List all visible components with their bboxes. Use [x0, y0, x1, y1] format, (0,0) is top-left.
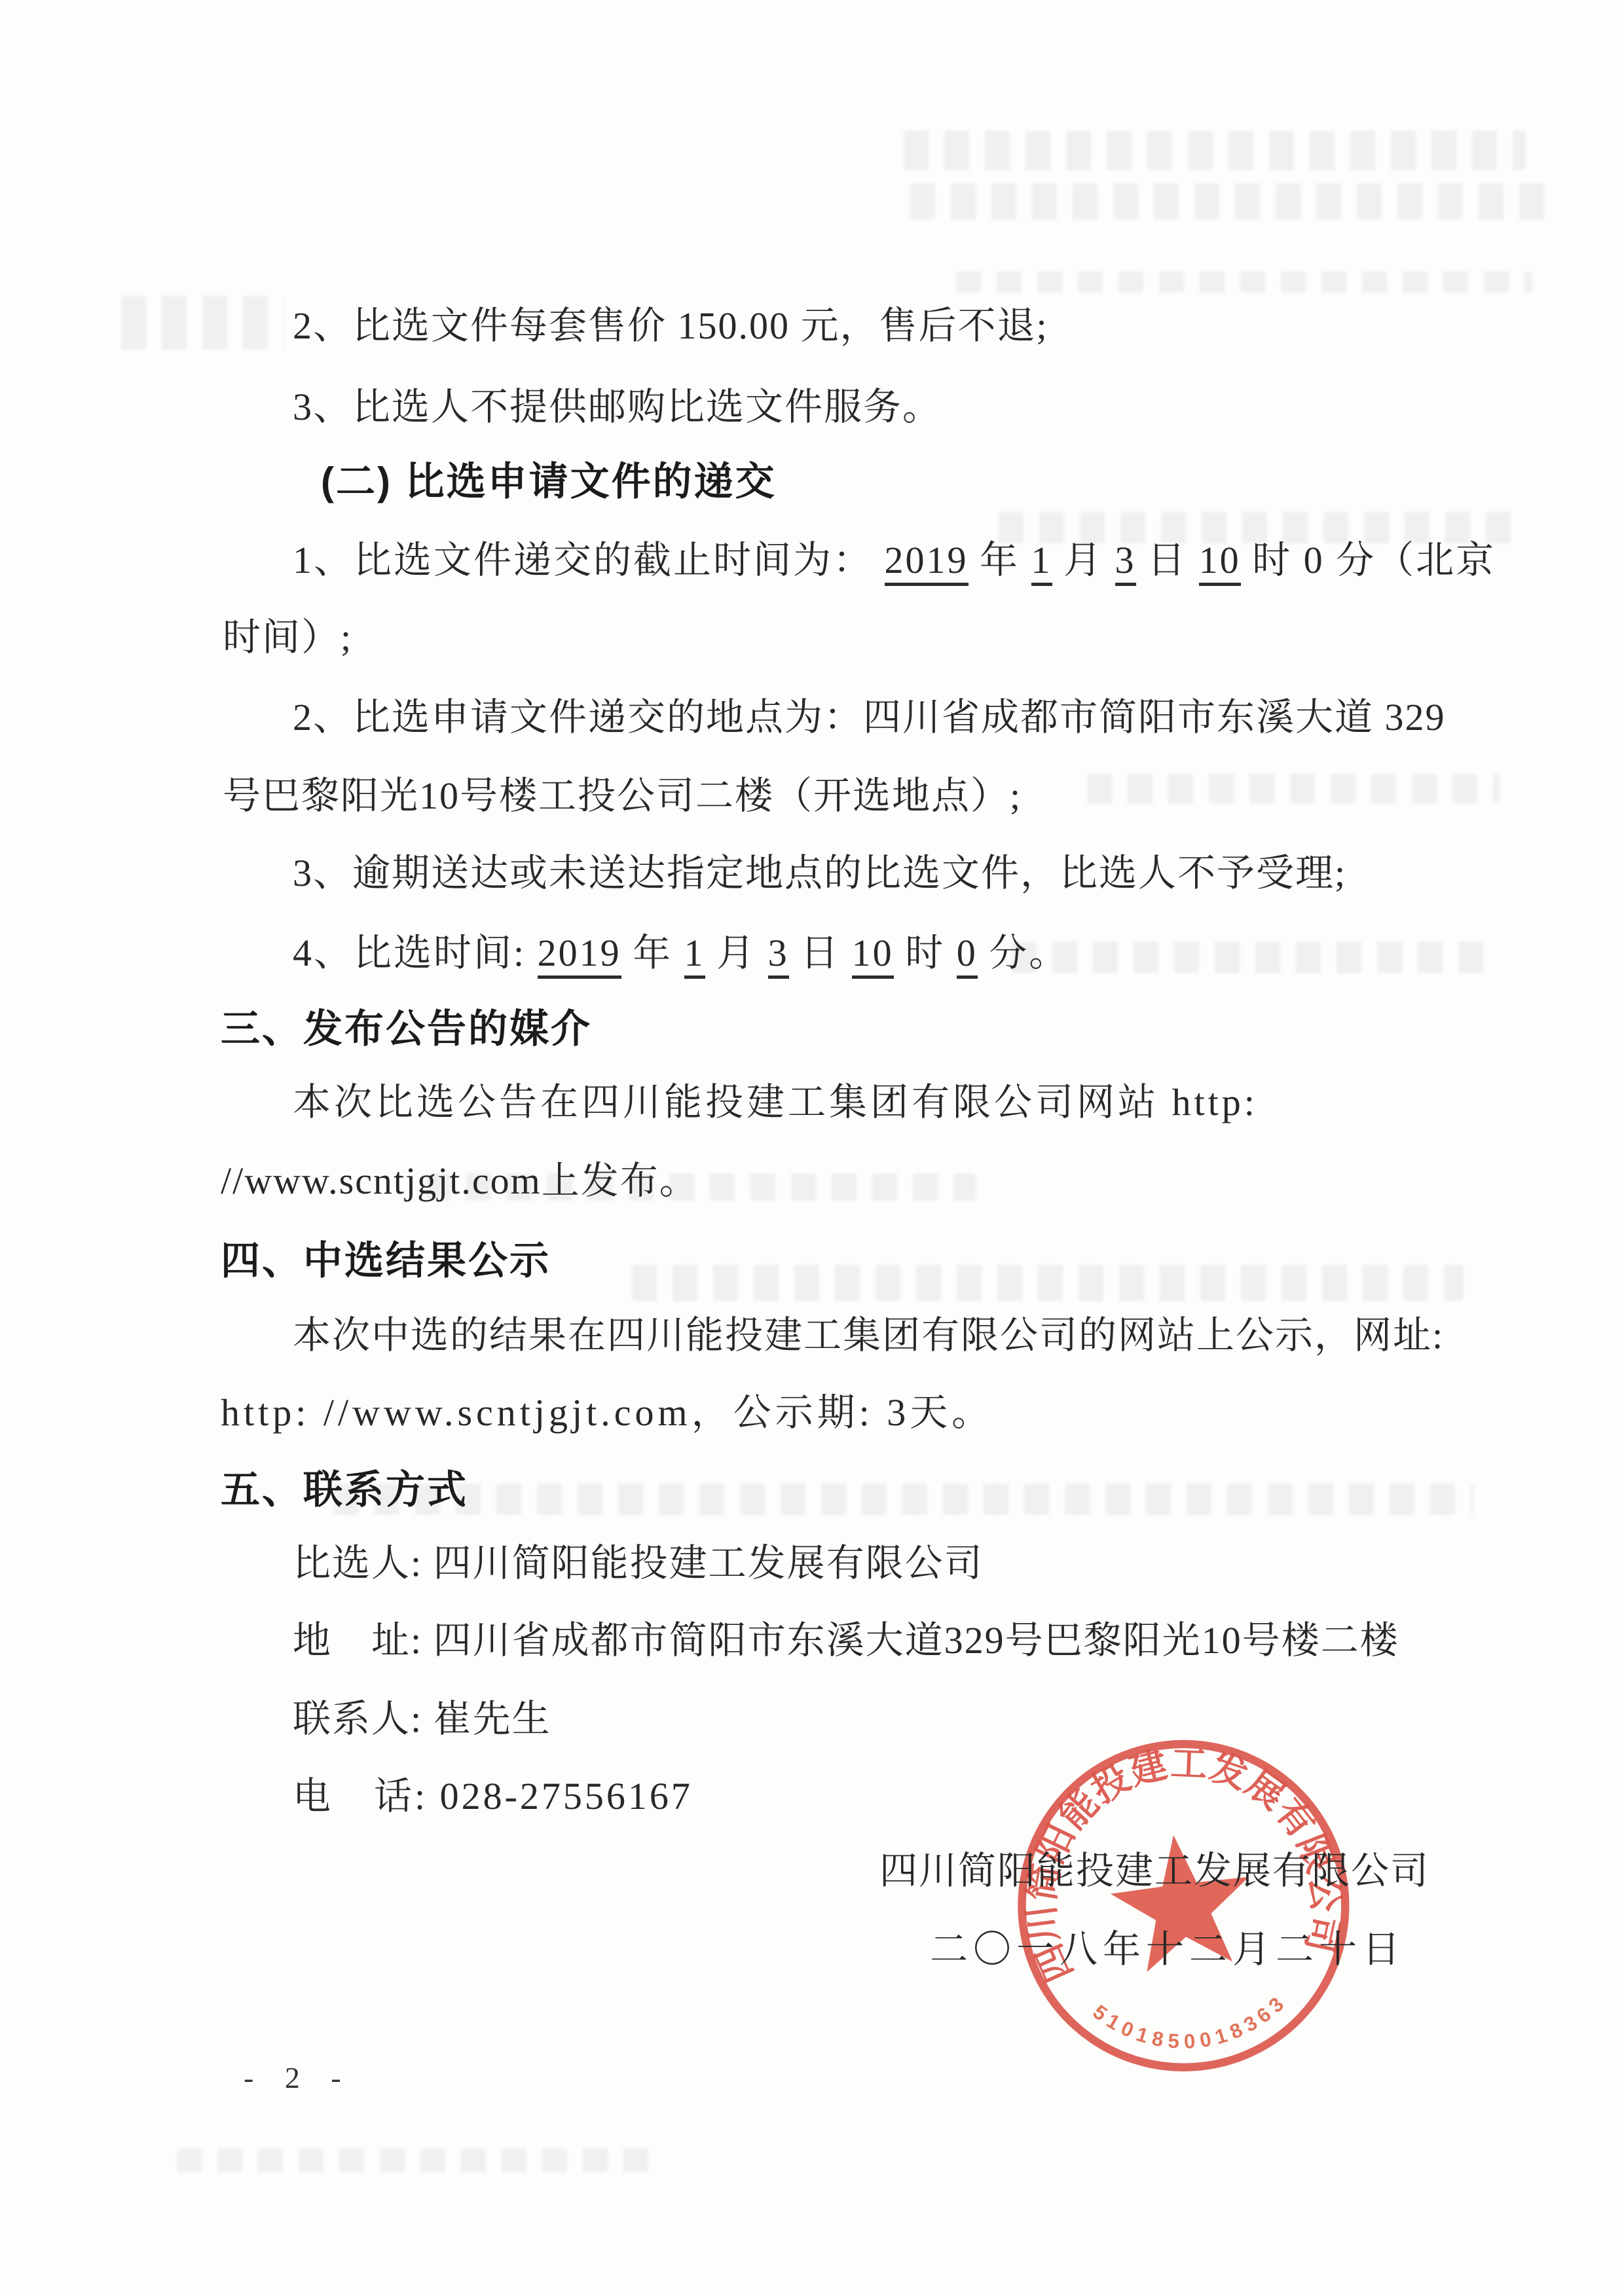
deadline-hour: 10: [1199, 539, 1241, 586]
signature-company: 四川简阳能投建工发展有限公司: [879, 1850, 1430, 1893]
deadline-month-unit: 月: [1052, 539, 1115, 581]
paragraph-media-2: //www.scntjgjt.com上发布。: [221, 1160, 699, 1203]
paragraph-media-1: 本次比选公告在四川能投建工集团有限公司网站 http:: [293, 1082, 1258, 1124]
time-month: 1: [684, 932, 705, 979]
bleed-through-text: [334, 1484, 1473, 1515]
deadline-month: 1: [1031, 539, 1052, 586]
section-heading-submission: (二) 比选申请文件的递交: [321, 460, 777, 503]
document-page: 四川简阳能投建工发展有限公司 5101850018363 2、比选文件每套售价 …: [0, 0, 1624, 2296]
time-hour: 10: [852, 932, 894, 979]
deadline-gap: [873, 539, 885, 581]
bleed-through-text: [632, 1265, 1464, 1301]
bleed-through-text: [904, 131, 1526, 170]
bleed-through-text: [956, 272, 1532, 293]
deadline-day: 3: [1115, 539, 1136, 586]
contact-person-line: 联系人: 崔先生: [293, 1698, 551, 1741]
deadline-year: 2019: [885, 539, 969, 586]
paragraph-doc-price: 2、比选文件每套售价 150.00 元，售后不退;: [293, 305, 1048, 348]
time-hour-unit: 时: [894, 932, 957, 974]
deadline-hour-unit: 时 0 分（北京: [1241, 539, 1496, 581]
signature-date: 二〇一八年十二月二十日: [930, 1929, 1405, 1971]
paragraph-deadline-wrap: 时间）;: [223, 617, 352, 659]
time-prefix: 4、比选时间:: [293, 932, 538, 974]
time-minute: 0: [957, 932, 978, 979]
bleed-through-text: [177, 2149, 648, 2172]
deadline-prefix: 1、比选文件递交的截止时间为：: [293, 539, 873, 581]
time-year-unit: 年: [621, 932, 684, 974]
contact-address-line: 地 址: 四川省成都市简阳市东溪大道329号巴黎阳光10号楼二楼: [293, 1620, 1399, 1662]
company-seal-stamp: 四川简阳能投建工发展有限公司 5101850018363: [980, 1705, 1388, 2113]
bleed-through-text: [910, 183, 1559, 219]
section-heading-contact: 五、联系方式: [221, 1468, 468, 1512]
bleed-through-text: [1087, 774, 1500, 803]
paragraph-deadline: 1、比选文件递交的截止时间为： 2019 年 1 月 3 日 10 时 0 分（…: [293, 539, 1496, 582]
contact-company-line: 比选人: 四川简阳能投建工发展有限公司: [293, 1542, 984, 1585]
paragraph-result-1: 本次中选的结果在四川能投建工集团有限公司的网站上公示，网址:: [293, 1315, 1444, 1357]
paragraph-late-delivery: 3、逾期送达或未送达指定地点的比选文件，比选人不予受理;: [293, 852, 1346, 895]
deadline-year-unit: 年: [969, 539, 1031, 581]
contact-phone-line: 电 话: 028-27556167: [293, 1776, 693, 1818]
section-heading-result: 四、中选结果公示: [221, 1239, 551, 1283]
paragraph-no-mail-order: 3、比选人不提供邮购比选文件服务。: [293, 386, 942, 429]
time-day-unit: 日: [789, 932, 852, 974]
page-number: - 2 -: [244, 2061, 353, 2095]
bleed-through-text: [1012, 941, 1496, 973]
time-day: 3: [768, 932, 789, 979]
time-minute-unit: 分。: [978, 932, 1069, 974]
time-month-unit: 月: [705, 932, 768, 974]
bleed-through-text: [121, 296, 285, 350]
section-heading-media: 三、发布公告的媒介: [221, 1007, 592, 1051]
time-year: 2019: [538, 932, 621, 979]
paragraph-result-2: http: //www.scntjgjt.com，公示期: 3天。: [221, 1392, 993, 1434]
paragraph-location-2: 号巴黎阳光10号楼工投公司二楼（开选地点）;: [223, 775, 1022, 818]
paragraph-selection-time: 4、比选时间: 2019 年 1 月 3 日 10 时 0 分。: [293, 932, 1069, 975]
deadline-day-unit: 日: [1136, 539, 1199, 581]
paragraph-location-1: 2、比选申请文件递交的地点为：四川省成都市简阳市东溪大道 329: [293, 697, 1446, 739]
